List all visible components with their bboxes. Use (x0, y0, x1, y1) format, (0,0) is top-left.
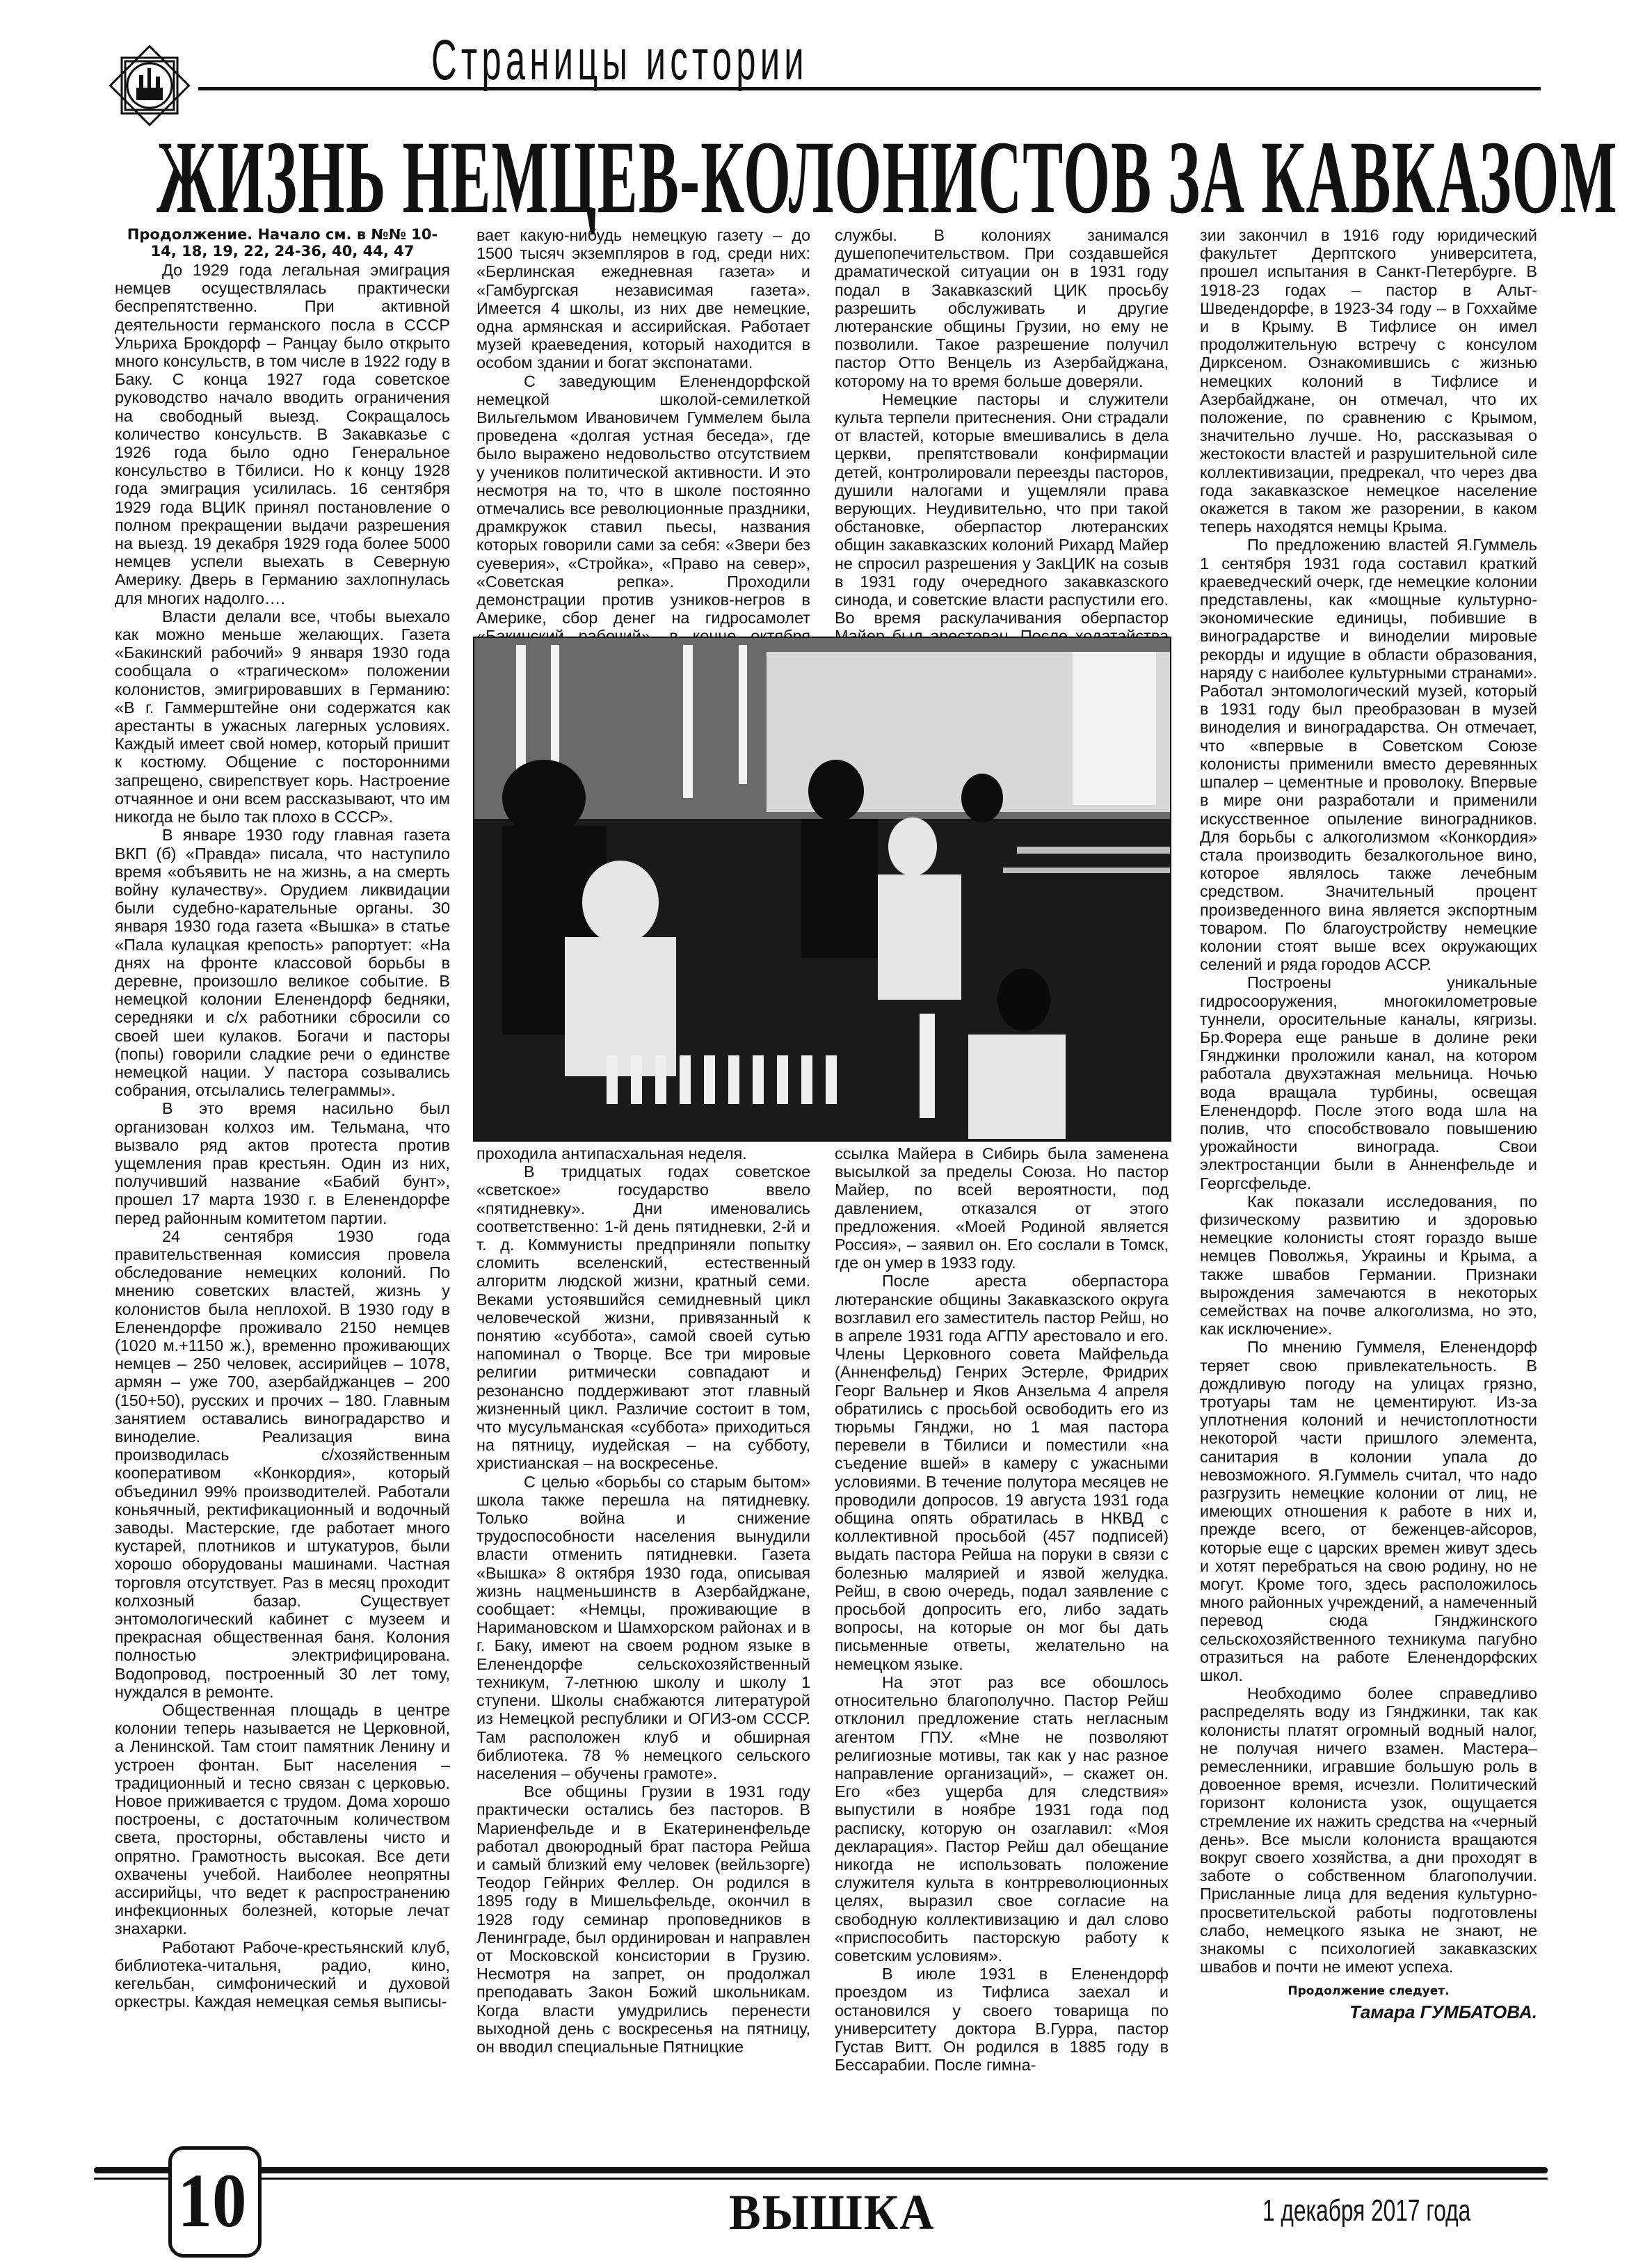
paragraph: Все общины Грузии в 1931 году практическ… (476, 1782, 810, 2056)
paragraph: С заведующим Еленендорфской немецкой шко… (476, 372, 810, 682)
footer-rule (94, 2167, 1548, 2173)
article-column-1: Продолжение. Начало см. в №№ 10-14, 18, … (115, 226, 450, 2011)
section-divider (198, 87, 1541, 90)
article-column-2-top: вает какую-нибудь немецкую газету – до 1… (476, 226, 810, 682)
paragraph: В июле 1931 в Еленендорф проездом из Тиф… (835, 1965, 1169, 2074)
paragraph: В тридцатых годах советское «светское» г… (476, 1163, 810, 1472)
paragraph: службы. В колониях занимался душепопечит… (835, 226, 1169, 390)
paragraph: В это время насильно был организован кол… (115, 1099, 450, 1227)
article-column-4: зии закончил в 1916 году юридический фак… (1200, 226, 1537, 2021)
archival-photo (473, 637, 1171, 1142)
paragraph: Как показали исследования, по физическом… (1200, 1192, 1537, 1339)
footer-rule-thin (94, 2178, 1548, 2180)
page-number: 10 (178, 2155, 247, 2246)
paragraph: После ареста оберпастора лютеранские общ… (835, 1272, 1169, 1672)
to-be-continued-note: Продолжение следует. (1200, 1982, 1537, 2000)
paragraph: Работают Рабоче-крестьянский клуб, библи… (115, 1938, 450, 2011)
paragraph: По предложению властей Я.Гуммель 1 сентя… (1200, 536, 1537, 973)
paragraph: По мнению Гуммеля, Еленендорф теряет сво… (1200, 1338, 1537, 1684)
paragraph: вает какую-нибудь немецкую газету – до 1… (476, 226, 810, 372)
paragraph: С целью «борьбы со старым бытом» школа т… (476, 1473, 810, 1782)
continuation-note: Продолжение. Начало см. в №№ 10-14, 18, … (115, 226, 450, 259)
paragraph: Необходимо более справедливо распределят… (1200, 1684, 1537, 1976)
paragraph: Власти делали все, чтобы выехало как мож… (115, 607, 450, 826)
issue-date: 1 декабря 2017 года (1262, 2190, 1513, 2232)
paragraph: проходила антипасхальная неделя. (476, 1144, 810, 1163)
paragraph: До 1929 года легальная эмиграция немцев … (115, 261, 450, 607)
photo-wine-bottling-workshop-image (474, 638, 1170, 1140)
paragraph: зии закончил в 1916 году юридический фак… (1200, 226, 1537, 536)
article-column-3-top: службы. В колониях занимался душепопечит… (835, 226, 1169, 682)
octagram-emblem-icon (104, 40, 195, 131)
author-byline: Тамара ГУМБАТОВА. (1200, 2003, 1537, 2021)
section-title: Страницы истории (431, 28, 1035, 104)
paragraph: В январе 1930 году главная газета ВКП (б… (115, 826, 450, 1099)
newspaper-name: ВЫШКА (729, 2185, 940, 2240)
article-column-3-bottom: ссылка Майера в Сибирь была заменена выс… (835, 1144, 1169, 2074)
article-headline: ЖИЗНЬ НЕМЦЕВ-КОЛОНИСТОВ ЗА КАВКАЗОМ (157, 136, 923, 219)
paragraph: 24 сентября 1930 года правительственная … (115, 1227, 450, 1701)
paragraph: ссылка Майера в Сибирь была заменена выс… (835, 1144, 1169, 1272)
paragraph: Общественная площадь в центре колонии те… (115, 1701, 450, 1938)
paragraph: Построены уникальные гидросооружения, мн… (1200, 973, 1537, 1192)
paragraph: На этот раз все обошлось относительно бл… (835, 1673, 1169, 1965)
article-column-2-bottom: проходила антипасхальная неделя. В тридц… (476, 1144, 810, 2056)
